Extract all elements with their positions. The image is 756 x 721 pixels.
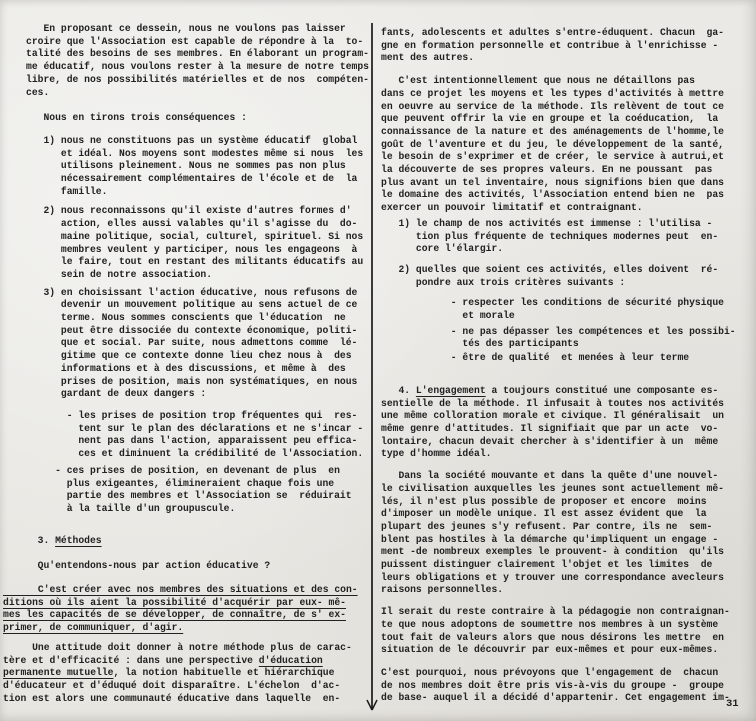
page-number: 31 — [726, 698, 739, 710]
society-paragraph: Dans la société mouvante et dans la quêt… — [381, 470, 748, 597]
engagement-text-after: a toujours constitué une composante es- … — [381, 385, 724, 460]
activities-paragraph: C'est intentionnellement que nous ne dét… — [381, 75, 748, 215]
numbered-item-3: 3) en choisissant l'action éducative, no… — [26, 287, 372, 401]
criterion-item-1: - respecter les conditions de sécurité p… — [381, 297, 748, 322]
numbered-item-1: 1) nous ne constituons pas un système éd… — [26, 135, 372, 199]
attitude-paragraph: Une attitude doit donner à notre méthode… — [3, 642, 372, 706]
danger-item-1: - les prises de position trop fréquentes… — [26, 410, 372, 461]
numbered-item-2: 2) quelles que soient ces activités, ell… — [381, 264, 748, 289]
right-column: fants, adolescents et adultes s'entre-éd… — [381, 27, 748, 705]
methods-heading-title: Méthodes — [55, 535, 102, 546]
numbered-item-2: 2) nous reconnaissons qu'il existe d'aut… — [26, 205, 372, 281]
engagement-paragraph: 4. L'engagement a toujours constitué une… — [381, 385, 748, 461]
conclusion-paragraph: C'est pourquoi, nous prévoyons que l'eng… — [381, 667, 748, 705]
definition-paragraph: C'est créer avec nos membres des situati… — [3, 584, 372, 635]
document-page: En proposant ce dessein, nous ne voulons… — [0, 0, 756, 721]
continuation-paragraph: fants, adolescents et adultes s'entre-éd… — [381, 27, 748, 65]
left-column: En proposant ce dessein, nous ne voulons… — [26, 23, 372, 705]
methods-heading-number: 3. — [26, 535, 55, 546]
criterion-item-2: - ne pas dépasser les compétences et les… — [381, 326, 748, 351]
engagement-number: 4. — [381, 385, 416, 396]
methods-heading: 3. Méthodes — [26, 535, 372, 548]
question-line: Qu'entendons-nous par action éducative ? — [26, 560, 372, 573]
numbered-item-1: 1) le champ de nos activités est immense… — [381, 218, 748, 256]
danger-item-2: - ces prises de position, en devenant de… — [26, 465, 372, 516]
consequences-lead: Nous en tirons trois conséquences : — [26, 112, 372, 125]
pedagogy-paragraph: Il serait du reste contraire à la pédago… — [381, 606, 748, 657]
criterion-item-3: - être de qualité et menées à leur terme — [381, 352, 748, 365]
intro-paragraph: En proposant ce dessein, nous ne voulons… — [26, 23, 372, 99]
engagement-underlined-word: L'engagement — [416, 385, 486, 396]
